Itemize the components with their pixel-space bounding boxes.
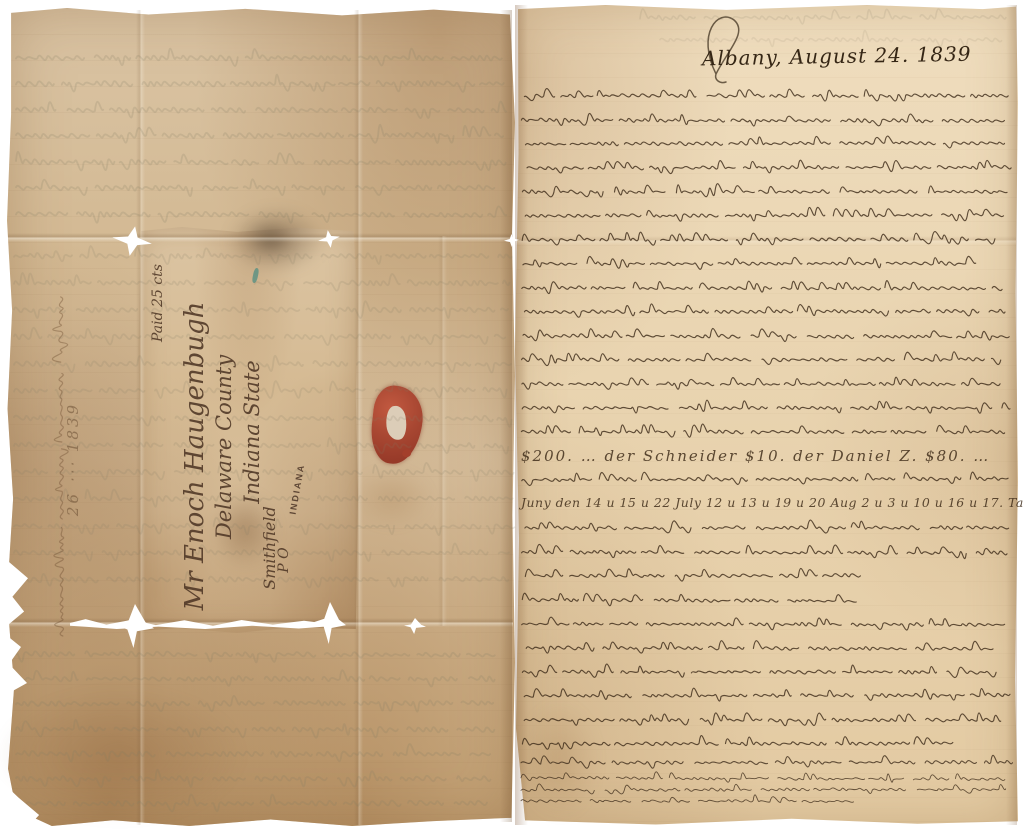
letter-page [515,5,1018,827]
sheet-edge-shadow [500,10,512,822]
letter-scan: Albany, August 24. 1839 $200. … der Schn… [0,0,1024,831]
address-post-office: P O [274,528,294,592]
dateline: Albany, August 24. 1839 [702,42,972,71]
page-edge-shadow [515,5,528,825]
fold-crease [354,10,363,825]
wax-seal-gap [384,405,407,441]
docket-note: 26 ‧‧‧ 1839 [56,294,90,624]
fold-crease [516,236,1016,245]
address-county: Delaware County [209,309,239,585]
fold-crease [136,10,145,825]
page-edge-shadow [1006,5,1017,825]
fold-crease [438,236,447,626]
postage-marking: Paid 25 cts [147,245,169,361]
body-fragment-dates: Juny den 14 u 15 u 22 July 12 u 13 u 19 … [521,495,1024,510]
body-fragment-amounts: $200. … der Schneider $10. der Daniel Z.… [521,447,990,465]
